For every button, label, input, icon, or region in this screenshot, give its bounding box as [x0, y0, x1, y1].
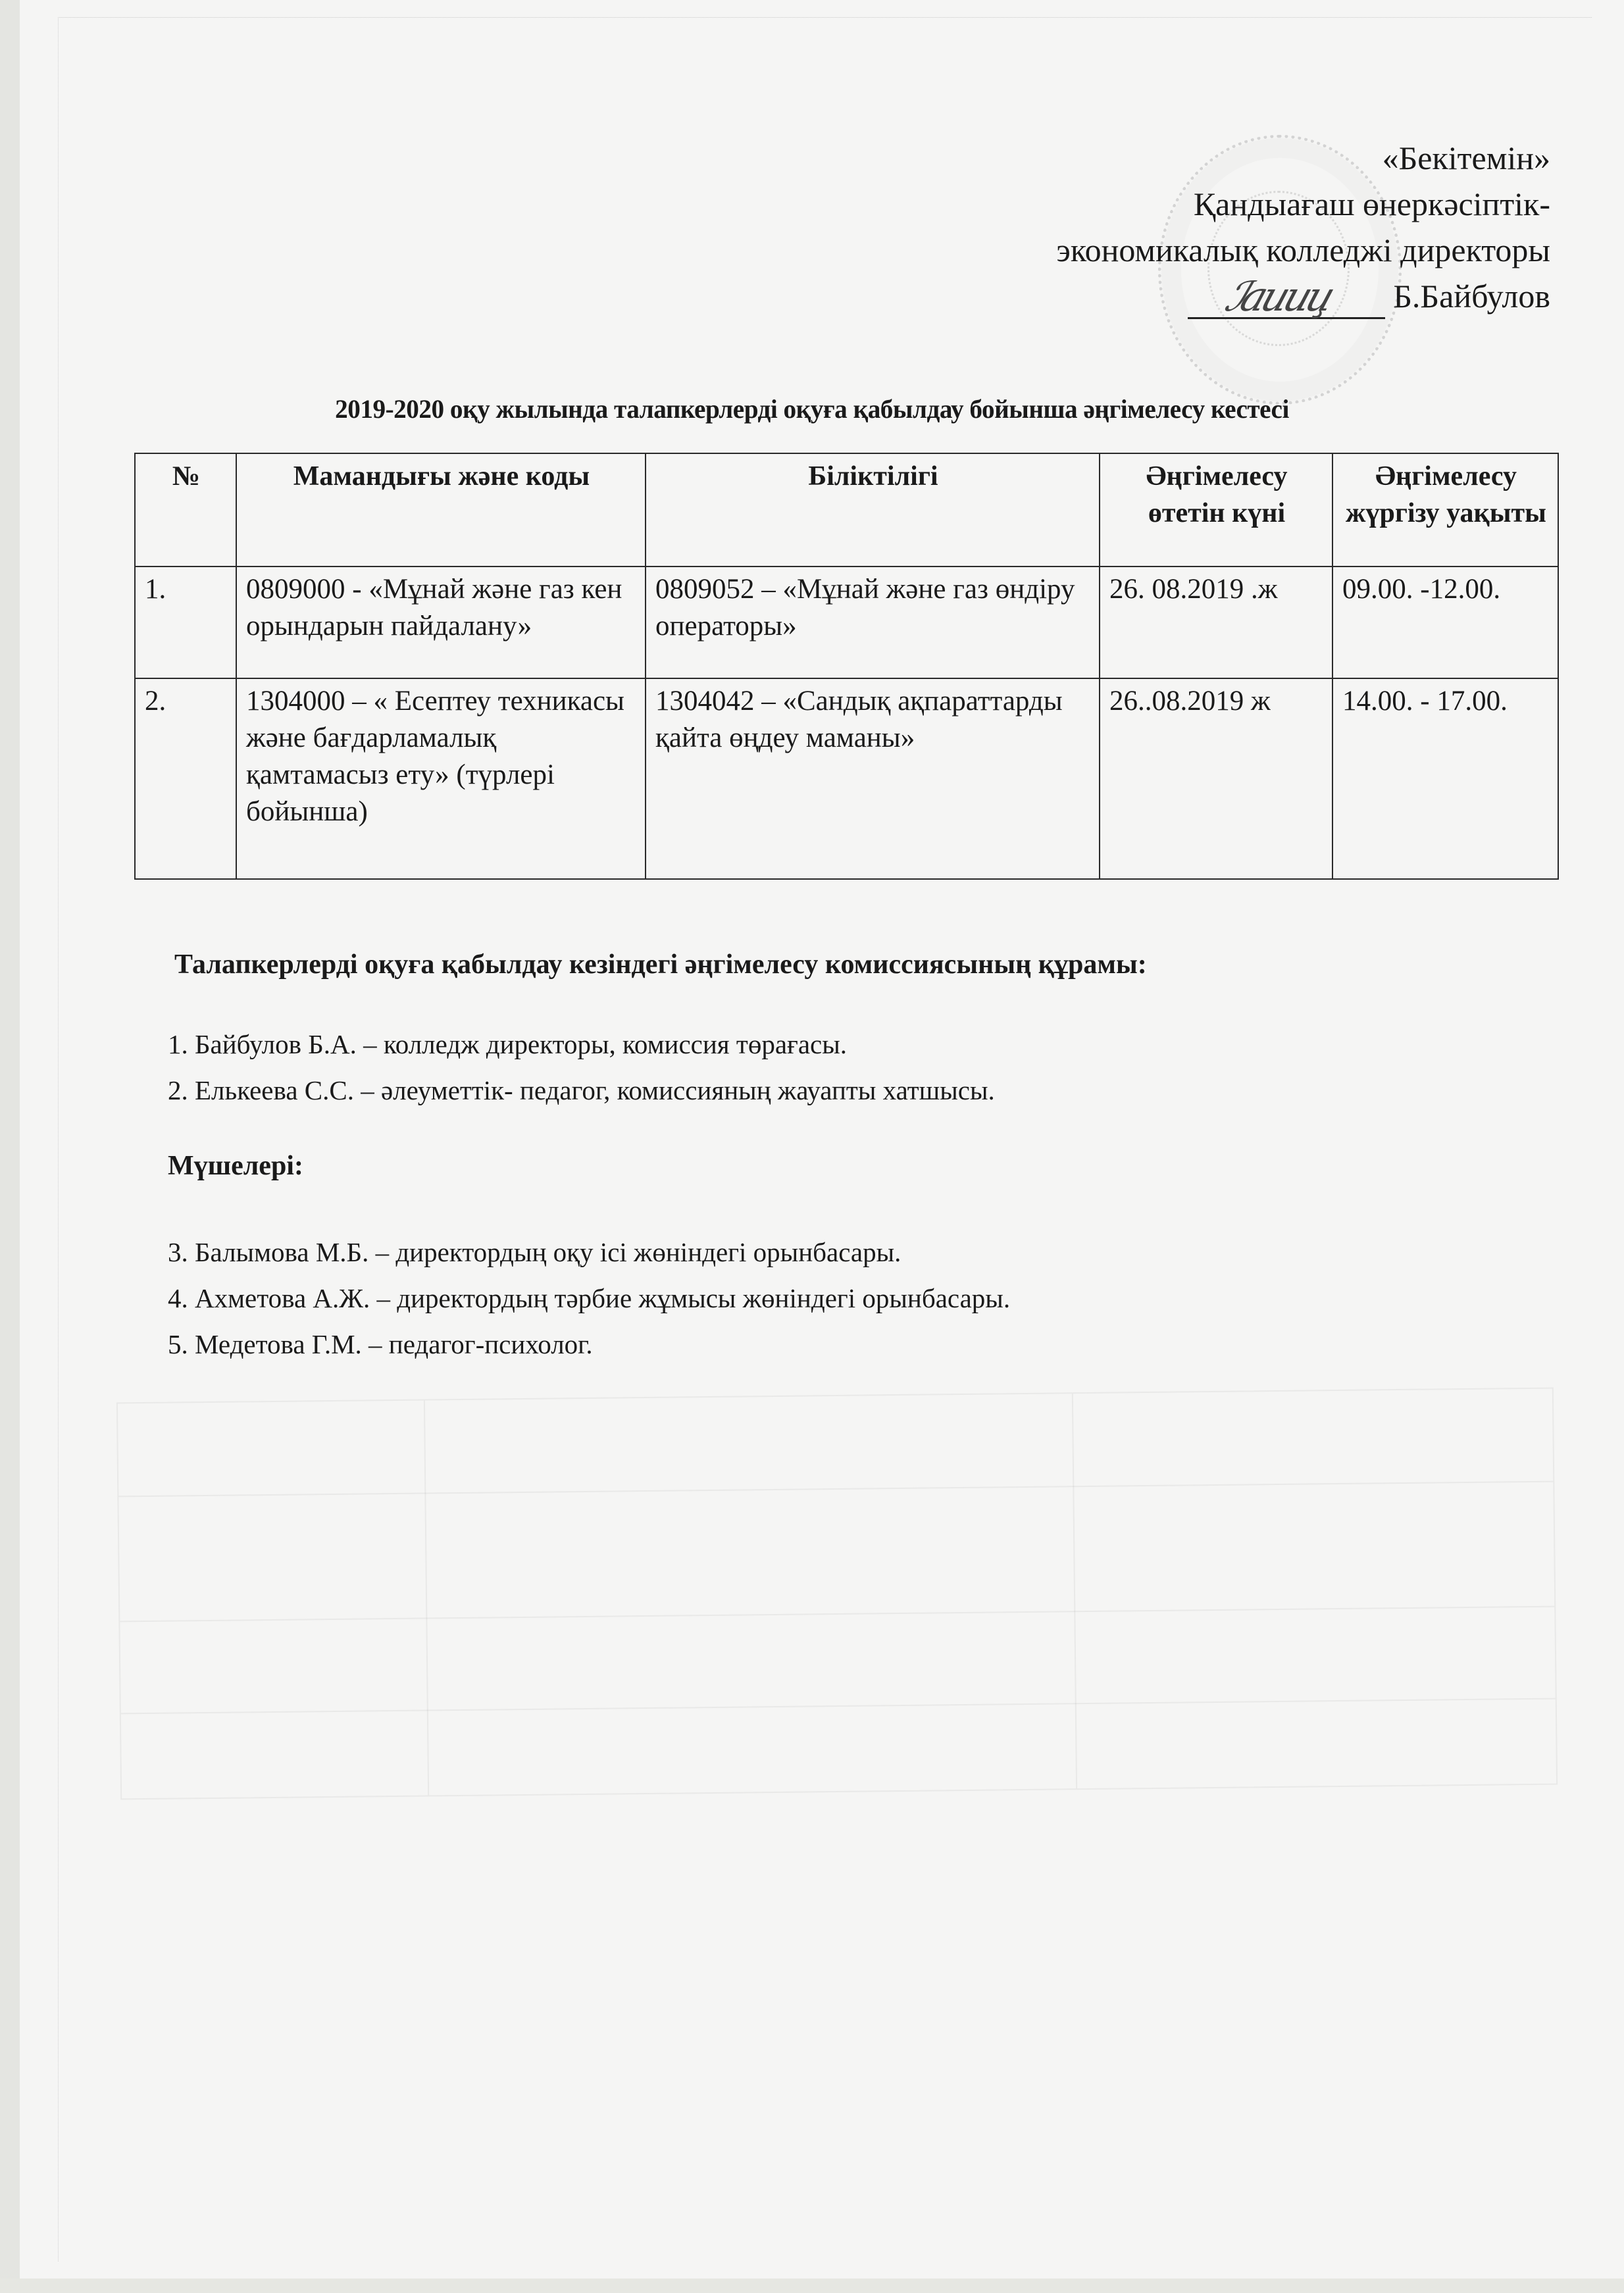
table-header-row: № Мамандығы және коды Біліктілігі Әңгіме… [135, 453, 1558, 567]
signature-field: ℐauuu̧ [1188, 280, 1385, 319]
list-item: 4. Ахметова А.Ж. – директордың тәрбие жұ… [168, 1275, 1550, 1321]
signatory-name: Б.Байбулов [1393, 273, 1550, 319]
list-item: 3. Балымова М.Б. – директордың оқу ісі ж… [168, 1229, 1550, 1275]
commission-members-list: 3. Балымова М.Б. – директордың оқу ісі ж… [168, 1229, 1550, 1367]
list-item: 5. Медетова Г.М. – педагог-психолог. [168, 1321, 1550, 1367]
commission-section: Талапкерлерді оқуға қабылдау кезіндегі ә… [168, 946, 1550, 1367]
row-qualification: 0809052 – «Мұнай және газ өндіру операто… [646, 567, 1100, 678]
row-date: 26..08.2019 ж [1100, 678, 1332, 879]
approval-block: «Бекітемін» Қандыағаш өнеркәсіптік- экон… [1056, 135, 1550, 331]
row-number: 1. [135, 567, 236, 678]
table-row: 1. 0809000 - «Мұнай және газ кен орындар… [135, 567, 1558, 678]
list-item: 2. Елькеева С.С. – әлеуметтік- педагог, … [168, 1067, 1550, 1113]
approval-institution: Қандыағаш өнеркәсіптік- [1056, 181, 1550, 227]
interview-schedule-table: № Мамандығы және коды Біліктілігі Әңгіме… [134, 453, 1559, 880]
document-title: 2019-2020 оқу жылында талапкерлерді оқуғ… [16, 393, 1608, 424]
members-heading: Мүшелері: [168, 1147, 1550, 1184]
row-specialty: 1304000 – « Есептеу техникасы және бағда… [236, 678, 646, 879]
scan-edge [0, 0, 20, 2293]
list-item: 1. Байбулов Б.А. – колледж директоры, ко… [168, 1021, 1550, 1067]
row-qualification: 1304042 – «Сандық ақпараттарды қайта өңд… [646, 678, 1100, 879]
approval-position: экономикалық колледжі директоры [1056, 227, 1550, 273]
row-time: 14.00. - 17.00. [1332, 678, 1558, 879]
approval-label: «Бекітемін» [1056, 135, 1550, 181]
signature-icon: ℐauuu̧ [1220, 274, 1338, 320]
signature-line: ℐauuu̧ Б.Байбулов [1188, 273, 1550, 319]
row-specialty: 0809000 - «Мұнай және газ кен орындарын … [236, 567, 646, 678]
commission-leaders-list: 1. Байбулов Б.А. – колледж директоры, ко… [168, 1021, 1550, 1113]
bleed-through-table [116, 1388, 1558, 1800]
header-date: Әңгімелесу өтетін күні [1100, 453, 1332, 567]
row-number: 2. [135, 678, 236, 879]
row-date: 26. 08.2019 .ж [1100, 567, 1332, 678]
row-time: 09.00. -12.00. [1332, 567, 1558, 678]
scan-edge-bottom [0, 2279, 1624, 2293]
table-row: 2. 1304000 – « Есептеу техникасы және ба… [135, 678, 1558, 879]
commission-heading: Талапкерлерді оқуға қабылдау кезіндегі ә… [174, 946, 1550, 983]
header-qualification: Біліктілігі [646, 453, 1100, 567]
header-number: № [135, 453, 236, 567]
header-time: Әңгімелесу жүргізу уақыты [1332, 453, 1558, 567]
header-specialty: Мамандығы және коды [236, 453, 646, 567]
